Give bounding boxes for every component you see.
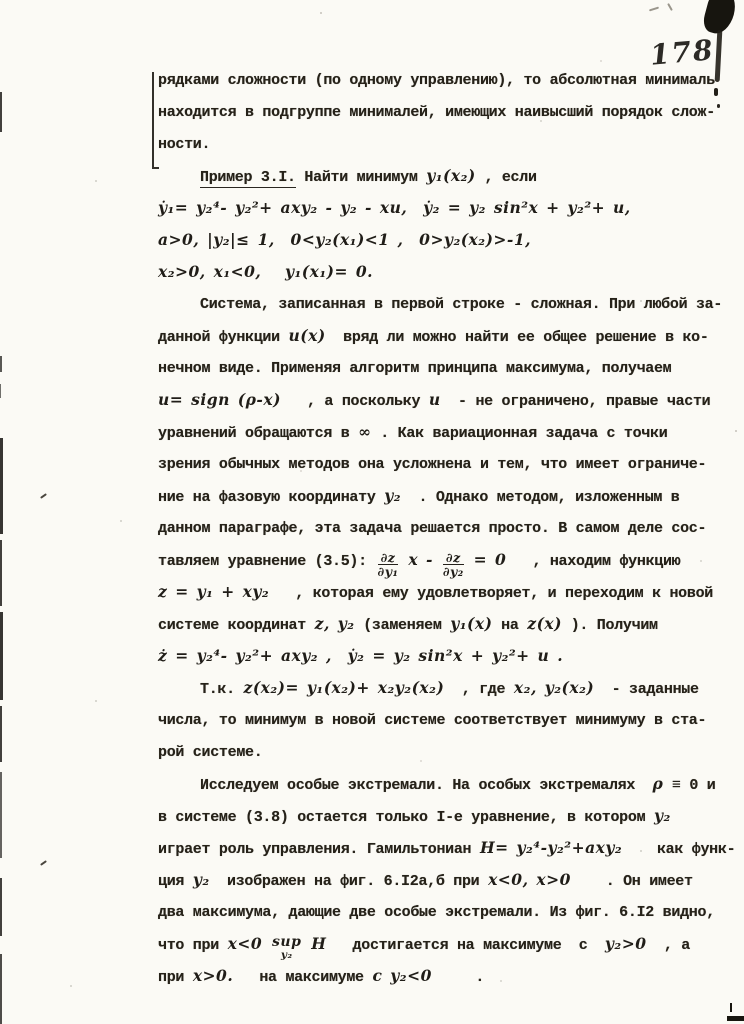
handwritten-formula: x>0. xyxy=(193,966,233,985)
paper-speck xyxy=(700,560,702,562)
typed-text: ние на фазовую координату xyxy=(158,489,384,506)
typed-text: нечном виде. Применяя алгоритм принципа … xyxy=(158,360,671,377)
handwritten-formula: u(x) xyxy=(289,326,326,345)
text-line: Система, записанная в первой строке - сл… xyxy=(158,288,724,320)
typed-text: . Как вариационная задача с точки xyxy=(372,425,668,442)
text-line: ности. xyxy=(158,128,724,160)
text-line: Исследуем особые экстремали. На особых э… xyxy=(158,768,724,800)
scan-edge-artifact xyxy=(0,706,2,762)
scan-edge-artifact xyxy=(0,878,2,936)
handwritten-formula: y₂>0 xyxy=(605,934,647,953)
typed-text: - не ограничено, правые части xyxy=(441,393,711,410)
typed-text: , находим функцию xyxy=(506,553,680,570)
handwritten-formula: u= sign (ρ-x) xyxy=(158,390,281,409)
handwritten-formula: x₂, y₂(x₂) xyxy=(514,678,594,697)
handwritten-formula: y₁(x₂) xyxy=(426,166,476,185)
typed-text: зрения обычных методов она усложнена и т… xyxy=(158,456,706,473)
handwritten-formula: a>0, |y₂|≤ 1, 0<y₂(x₁)<1 , 0>y₂(x₂)>-1, xyxy=(158,230,531,249)
typed-text: , а xyxy=(646,937,690,954)
text-line: зрения обычных методов она усложнена и т… xyxy=(158,448,724,480)
text-line: ż = y₂⁴- y₂²+ axy₂ , ẏ₂ = y₂ sin²x + y₂²… xyxy=(158,640,724,672)
typed-text: уравнений обращаются в xyxy=(158,425,358,442)
text-line: системе координат z, y₂ (заменяем y₁(x) … xyxy=(158,608,724,640)
handwritten-formula: ∞ xyxy=(358,422,371,441)
typed-text: Т.к. xyxy=(200,681,244,698)
text-line: ẏ₁= y₂⁴- y₂²+ axy₂ - y₂ - xu, ẏ₂ = y₂ si… xyxy=(158,192,724,224)
text-line: тавляем уравнение (3.5): ∂z∂y₁ x - ∂z∂y₂… xyxy=(158,544,724,576)
scan-edge-artifact xyxy=(0,92,2,132)
scan-edge-artifact xyxy=(0,954,2,1024)
typed-text: играет роль управления. Гамильтониан xyxy=(158,841,480,858)
text-line: Пример 3.I. Найти минимум y₁(x₂) , если xyxy=(158,160,724,192)
text-line: в системе (3.8) остается только I-е урав… xyxy=(158,800,724,832)
typed-text: два максимума, дающие две особые экстрем… xyxy=(158,904,715,921)
paper-speck xyxy=(640,850,642,852)
typed-text: - заданные xyxy=(594,681,698,698)
typed-text: ). Получим xyxy=(562,617,658,634)
typed-text: системе координат xyxy=(158,617,315,634)
handwritten-formula: x<0, x>0 xyxy=(488,870,571,889)
handwritten-formula: y₁(x) xyxy=(450,614,492,633)
bottom-right-mark xyxy=(727,1016,744,1021)
typed-text: данной функции xyxy=(158,329,289,346)
text-line: Т.к. z(x₂)= y₁(x₂)+ x₂y₂(x₂) , где x₂, y… xyxy=(158,672,724,704)
handwritten-formula: z(x) xyxy=(527,614,562,633)
typed-text: рядками сложности (по одному управлению)… xyxy=(158,72,715,89)
typed-text: рой системе. xyxy=(158,744,262,761)
typed-text: числа, то минимум в новой системе соотве… xyxy=(158,712,706,729)
handwritten-formula: ρ xyxy=(652,774,663,793)
handwritten-formula: x₂>0, x₁<0, y₁(x₁)= 0. xyxy=(158,262,373,281)
handwritten-formula: z = y₁ + xy₂ xyxy=(158,582,269,601)
sup-operator: supy₂ xyxy=(272,935,301,960)
pencil-tick xyxy=(40,860,47,866)
paper-speck xyxy=(300,470,302,472)
handwritten-formula: = 0 xyxy=(466,550,507,569)
text-line: что при x<0 supy₂ H достигается на макси… xyxy=(158,928,724,960)
handwritten-formula: u xyxy=(429,390,441,409)
typed-text: изображен на фиг. 6.I2а,б при xyxy=(210,873,488,890)
typed-text: в системе (3.8) остается только I-е урав… xyxy=(158,809,654,826)
text-line: нечном виде. Применяя алгоритм принципа … xyxy=(158,352,724,384)
scanned-document-page: 178 рядками сложности (по одному управле… xyxy=(0,0,744,1024)
typed-text: (заменяем xyxy=(355,617,451,634)
typed-text: , где xyxy=(444,681,514,698)
text-line: ние на фазовую координату y₂ . Однако ме… xyxy=(158,480,724,512)
paper-speck xyxy=(210,945,212,947)
paper-speck xyxy=(95,180,97,182)
margin-bracket-line xyxy=(152,72,154,168)
paper-speck xyxy=(320,12,322,14)
paper-speck xyxy=(70,985,72,987)
handwritten-formula: H xyxy=(303,934,326,953)
text-line: данном параграфе, эта задача решается пр… xyxy=(158,512,724,544)
text-line: z = y₁ + xy₂ , которая ему удовлетворяет… xyxy=(158,576,724,608)
typed-text: на xyxy=(492,617,527,634)
handwritten-formula: x<0 xyxy=(228,934,270,953)
typed-text: , а поскольку xyxy=(281,393,429,410)
paper-speck xyxy=(640,300,642,302)
text-line: a>0, |y₂|≤ 1, 0<y₂(x₁)<1 , 0>y₂(x₂)>-1, xyxy=(158,224,724,256)
bottom-right-mark xyxy=(730,1003,732,1012)
typed-text: ности. xyxy=(158,136,210,153)
scan-edge-artifact xyxy=(0,438,3,534)
text-line: рядками сложности (по одному управлению)… xyxy=(158,64,724,96)
typed-text: Исследуем особые экстремали. На особых э… xyxy=(200,777,652,794)
text-line: числа, то минимум в новой системе соотве… xyxy=(158,704,724,736)
typed-text: , если xyxy=(476,169,537,186)
paper-speck xyxy=(600,60,602,62)
handwritten-formula: y₂ xyxy=(193,870,210,889)
typed-text: находится в подгруппе минималей, имеющих… xyxy=(158,104,715,121)
fraction: ∂z∂y₂ xyxy=(443,551,464,579)
text-line: уравнений обращаются в ∞ . Как вариацион… xyxy=(158,416,724,448)
corner-ink-dot xyxy=(717,104,720,108)
scan-edge-artifact xyxy=(0,540,2,606)
typed-text: , которая ему удовлетворяет, и переходим… xyxy=(269,585,713,602)
handwritten-formula: y₂ xyxy=(384,486,401,505)
text-line: при x>0. на максимуме c y₂<0 . xyxy=(158,960,724,992)
handwritten-formula: c y₂<0 xyxy=(372,966,431,985)
typed-text: Пример 3.I. xyxy=(200,169,296,188)
typed-text: вряд ли можно найти ее общее решение в к… xyxy=(326,329,709,346)
typed-text: . Однако методом, изложенным в xyxy=(401,489,679,506)
fraction: ∂z∂y₁ xyxy=(378,551,399,579)
typed-text: . Он имеет xyxy=(571,873,693,890)
scan-edge-artifact xyxy=(0,384,1,398)
handwritten-formula: y₂ xyxy=(654,806,671,825)
typed-text: данном параграфе, эта задача решается пр… xyxy=(158,520,706,537)
corner-ink-dot xyxy=(714,88,718,96)
typed-text: на максимуме xyxy=(233,969,372,986)
paper-speck xyxy=(95,700,97,702)
text-line: играет роль управления. Гамильтониан H= … xyxy=(158,832,724,864)
typed-text: достигается на максимуме с xyxy=(326,937,604,954)
text-line: рой системе. xyxy=(158,736,724,768)
text-line: находится в подгруппе минималей, имеющих… xyxy=(158,96,724,128)
typed-text: . xyxy=(432,969,484,986)
pencil-tick xyxy=(40,493,47,499)
typed-text: тавляем уравнение (3.5): xyxy=(158,553,376,570)
typed-text: ≡ 0 и xyxy=(663,777,715,794)
text-line: u= sign (ρ-x) , а поскольку u - не огран… xyxy=(158,384,724,416)
paper-speck xyxy=(500,980,502,982)
text-block: рядками сложности (по одному управлению)… xyxy=(158,64,724,992)
handwritten-formula: x - xyxy=(400,550,440,569)
faint-scribble xyxy=(649,7,659,12)
typed-text: Система, записанная в первой строке - сл… xyxy=(200,296,722,313)
scan-edge-artifact xyxy=(0,772,2,858)
scan-edge-artifact xyxy=(0,612,3,700)
handwritten-formula: H= y₂⁴-y₂²+axy₂ xyxy=(480,838,622,857)
handwritten-formula: ż = y₂⁴- y₂²+ axy₂ , ẏ₂ = y₂ sin²x + y₂²… xyxy=(158,646,563,665)
text-line: данной функции u(x) вряд ли можно найти … xyxy=(158,320,724,352)
paper-speck xyxy=(735,430,737,432)
typed-text: ция xyxy=(158,873,193,890)
scan-edge-artifact xyxy=(0,356,2,372)
typed-text: что при xyxy=(158,937,228,954)
handwritten-formula: z(x₂)= y₁(x₂)+ x₂y₂(x₂) xyxy=(244,678,445,697)
paper-speck xyxy=(120,520,122,522)
typed-text: Найти минимум xyxy=(296,169,427,186)
typed-text: при xyxy=(158,969,193,986)
handwritten-formula: ẏ₁= y₂⁴- y₂²+ axy₂ - y₂ - xu, ẏ₂ = y₂ si… xyxy=(158,198,631,217)
handwritten-formula: z, y₂ xyxy=(315,614,355,633)
text-line: ция y₂ изображен на фиг. 6.I2а,б при x<0… xyxy=(158,864,724,896)
text-line: два максимума, дающие две особые экстрем… xyxy=(158,896,724,928)
text-line: x₂>0, x₁<0, y₁(x₁)= 0. xyxy=(158,256,724,288)
faint-scribble xyxy=(667,3,673,11)
paper-speck xyxy=(420,760,422,762)
paper-speck xyxy=(540,120,542,122)
